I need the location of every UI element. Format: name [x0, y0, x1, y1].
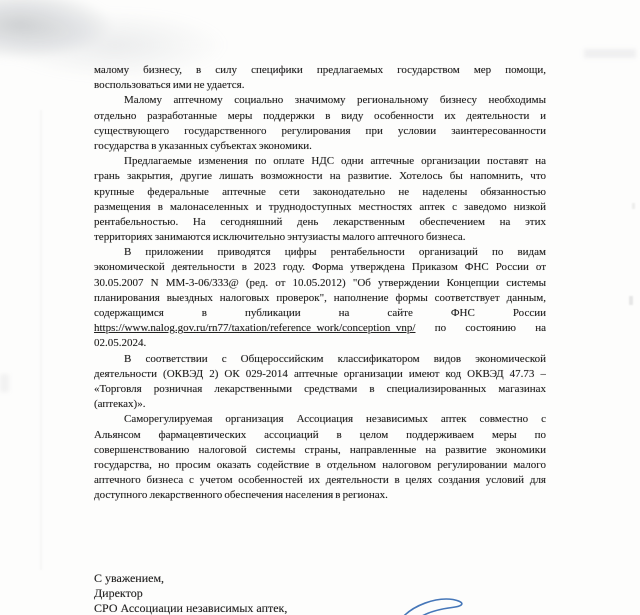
signature-block: С уважением, Директор СРО Ассоциации нез… — [94, 571, 287, 615]
url-suffix-text: по состоянию на — [435, 322, 546, 334]
paragraph-line: планирования выездных налоговых проверок… — [94, 291, 546, 306]
paragraph-line: крупные федеральные аптечные сети законо… — [94, 185, 546, 200]
paragraph-line: деятельности (ОКВЭД 2) ОК 029-2014 аптеч… — [94, 367, 546, 382]
signature-stroke — [401, 599, 462, 615]
paragraph: Малому аптечному социально значимому рег… — [94, 93, 546, 154]
paragraph-line: территориях занимаются исключительно энт… — [94, 230, 546, 245]
paragraph-line: (аптеках)». — [94, 397, 546, 412]
paragraph-line: государства, но просим оказать содействи… — [94, 458, 546, 473]
paragraph-line: В приложении приводятся цифры рентабельн… — [94, 245, 546, 260]
scanned-letter-page: малому бизнесу, в силу специфики предлаг… — [0, 0, 640, 615]
letter-body: малому бизнесу, в силу специфики предлаг… — [94, 63, 546, 503]
paragraph-line: воспользоваться ими не удается. — [94, 78, 546, 93]
paragraph: Предлагаемые изменения по оплате НДС одн… — [94, 154, 546, 245]
signer-organization: СРО Ассоциации независимых аптек, — [94, 601, 287, 615]
nalog-url-text: https://www.nalog.gov.ru/rn77/taxation/r… — [94, 322, 415, 334]
paragraph-line-with-url: https://www.nalog.gov.ru/rn77/taxation/r… — [94, 321, 546, 336]
paragraph-line: государства в указанных субъектах эконом… — [94, 139, 546, 154]
paragraph-line: Альянсом фармацевтических ассоциаций в ц… — [94, 428, 546, 443]
paragraph-line: совершенствованию налоговой системы стра… — [94, 443, 546, 458]
scan-speck — [0, 374, 9, 392]
paragraph-line: «Торговля розничная лекарственными средс… — [94, 382, 546, 397]
scan-speck — [632, 203, 635, 209]
paragraph: В соответствии с Общероссийским классифи… — [94, 352, 546, 413]
paragraph-line: 30.05.2007 N ММ-3-06/333@ (ред. от 10.05… — [94, 276, 546, 291]
paragraph: В приложении приводятся цифры рентабельн… — [94, 245, 546, 351]
paragraph-line: 02.05.2024. — [94, 336, 546, 351]
paragraph-line: Саморегулируемая организация Ассоциация … — [94, 412, 546, 427]
paragraph-line: отдельно разработанные меры поддержки в … — [94, 109, 546, 124]
paragraph-line: грань закрытия, другие лишать возможност… — [94, 169, 546, 184]
scan-bleed-mark — [584, 49, 636, 58]
paragraph: Саморегулируемая организация Ассоциация … — [94, 412, 546, 503]
signature-ink — [398, 596, 478, 615]
paragraph-line: аптечного бизнеса с учетом особенностей … — [94, 473, 546, 488]
closing-line: С уважением, — [94, 571, 287, 586]
paragraph-line: размещения в малонаселенных и труднодост… — [94, 200, 546, 215]
paragraph-line: экономической деятельности в 2023 году. … — [94, 260, 546, 275]
paragraph-line: содержащимся в публикации на сайте ФНС Р… — [94, 306, 546, 321]
paragraph-line: малому бизнесу, в силу специфики предлаг… — [94, 63, 546, 78]
scan-streak — [40, 110, 42, 570]
paragraph-line: существующего государственного регулиров… — [94, 124, 546, 139]
paragraph-line: рентабельностью. На сегодняшний день лек… — [94, 215, 546, 230]
signer-title: Директор — [94, 586, 287, 601]
paragraph-line: В соответствии с Общероссийским классифи… — [94, 352, 546, 367]
paragraph-line: Малому аптечному социально значимому рег… — [94, 93, 546, 108]
paragraph-continued: малому бизнесу, в силу специфики предлаг… — [94, 63, 546, 93]
scan-speck — [629, 296, 633, 305]
paragraph-line: доступного лекарственного обеспечения на… — [94, 488, 546, 503]
paragraph-line: Предлагаемые изменения по оплате НДС одн… — [94, 154, 546, 169]
